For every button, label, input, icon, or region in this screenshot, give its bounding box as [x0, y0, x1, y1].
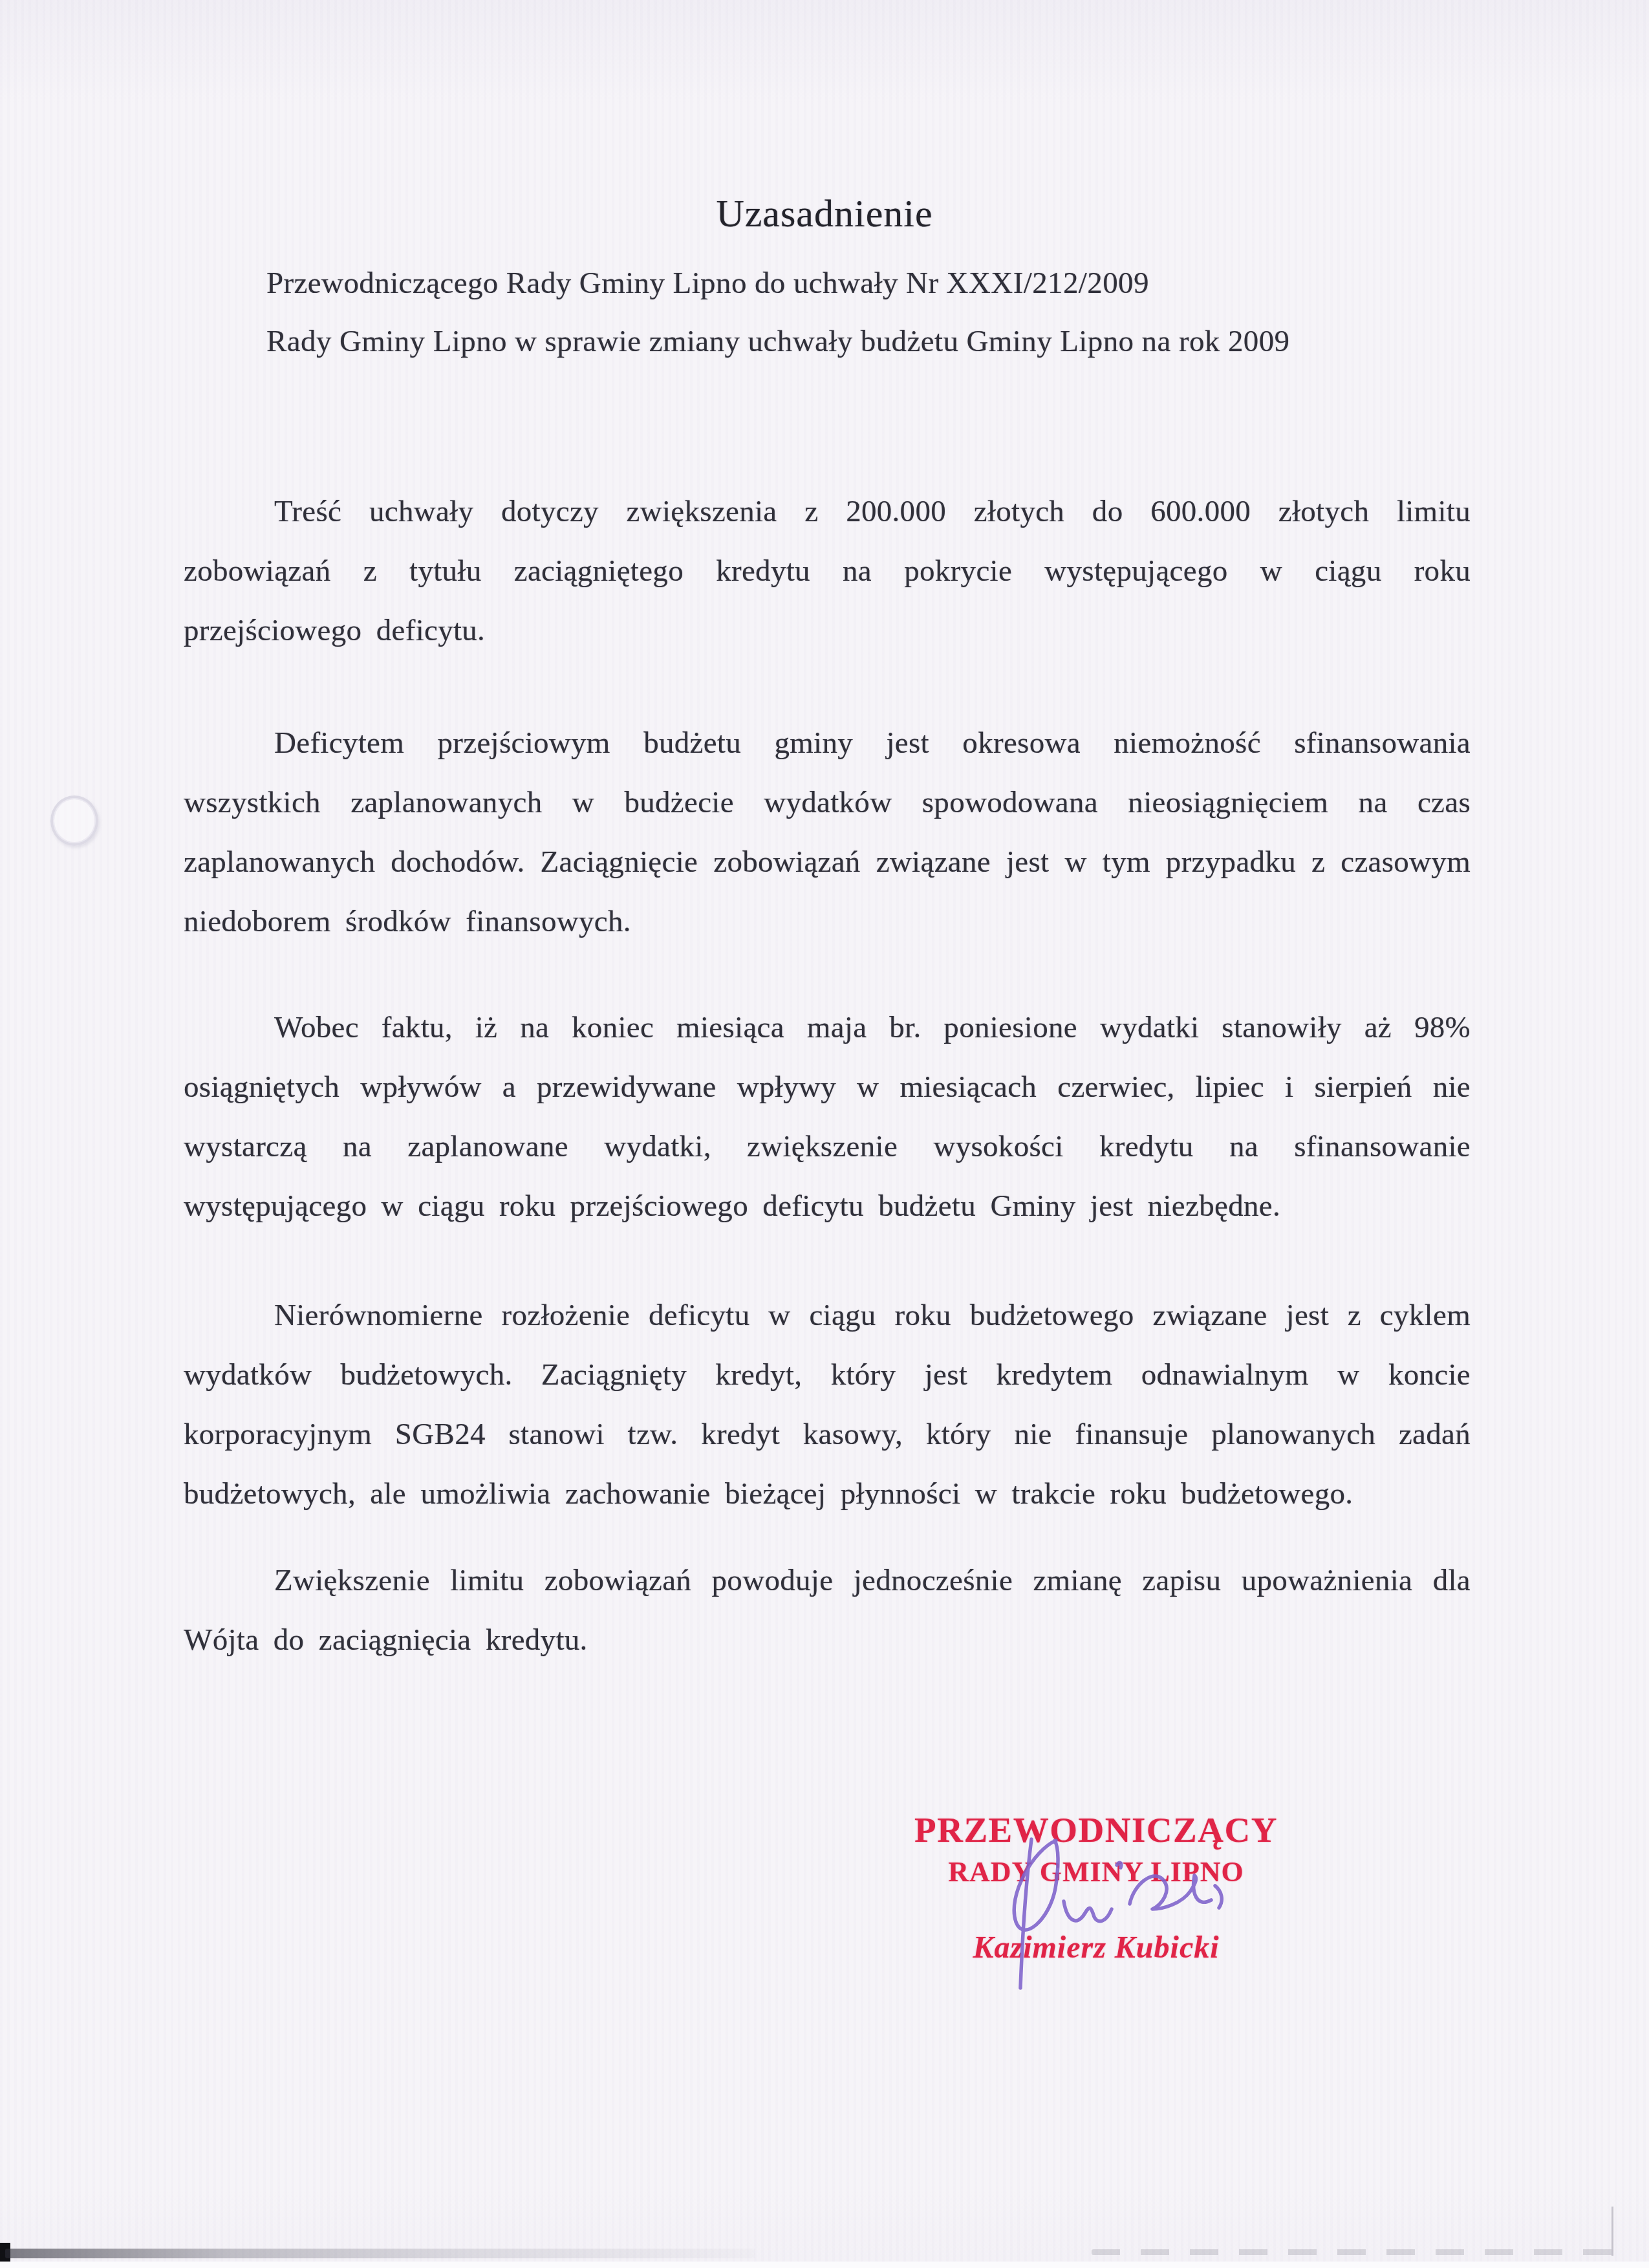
- stamp-org-line: RADY GMINY LIPNO: [905, 1855, 1287, 1888]
- scan-artifact-paper-edge: [0, 2262, 1649, 2268]
- scan-artifact-bottom-strip: [5, 2249, 755, 2258]
- scan-artifact-bottom-dashes: [1092, 2249, 1617, 2255]
- paragraph-1: Treść uchwały dotyczy zwiększenia z 200.…: [184, 482, 1471, 660]
- paragraph-4: Nierównomierne rozłożenie deficytu w cią…: [184, 1286, 1471, 1524]
- stamp-signer-name: Kazimierz Kubicki: [905, 1930, 1287, 1965]
- subtitle-line-2: Rady Gminy Lipno w sprawie zmiany uchwał…: [266, 312, 1398, 371]
- paragraph-2: Deficytem przejściowym budżetu gminy jes…: [184, 713, 1471, 951]
- document-title: Uzasadnienie: [0, 191, 1649, 236]
- subtitle-line-1: Przewodniczącego Rady Gminy Lipno do uch…: [266, 254, 1398, 312]
- scan-artifact-page-edge: [1611, 2207, 1613, 2256]
- official-stamp: PRZEWODNICZĄCY RADY GMINY LIPNO Kazimier…: [905, 1809, 1287, 1965]
- scanned-document-page: Uzasadnienie Przewodniczącego Rady Gminy…: [0, 0, 1649, 2268]
- hole-punch-shadow: [50, 795, 98, 846]
- paragraph-5: Zwiększenie limitu zobowiązań powoduje j…: [184, 1551, 1471, 1670]
- paragraph-3: Wobec faktu, iż na koniec miesiąca maja …: [184, 998, 1471, 1236]
- stamp-title-line: PRZEWODNICZĄCY: [905, 1809, 1287, 1850]
- document-subtitle: Przewodniczącego Rady Gminy Lipno do uch…: [266, 254, 1398, 371]
